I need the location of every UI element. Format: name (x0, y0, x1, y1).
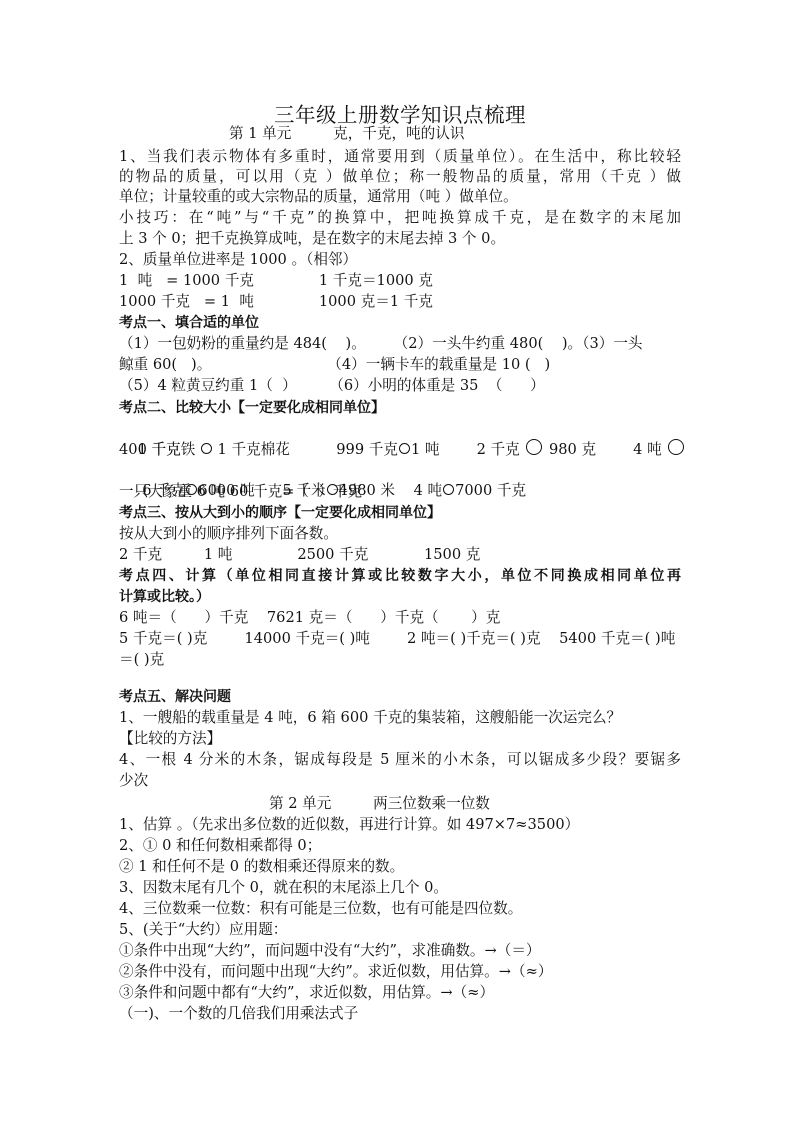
compare-circle-icon (668, 439, 684, 455)
k5-heading: 考点五、解决问题 (119, 687, 231, 707)
k1-heading: 考点一、填合适的单位 (119, 313, 259, 333)
k3-line1: 按从大到小的顺序排列下面各数。 (119, 524, 338, 544)
tip-line1: 小技巧：在“吨”与“千克”的换算中，把吨换算成千克，是在数字的末尾加 (119, 208, 681, 228)
unit2-line7: ①条件中出现“大约”，而问题中没有“大约”，求准确数。→（＝） (119, 941, 541, 961)
k4-line3: ＝( )克 (119, 650, 164, 670)
k3-heading: 考点三、按从大到小的顺序【一定要化成相同单位】 (119, 503, 441, 523)
k5-line2: 【比较的方法】 (119, 729, 221, 749)
unit2-line9: ③条件和问题中都有“大约”，求近似数，用估算。→（≈） (119, 983, 494, 1003)
k2-heading: 考点二、比较大小【一定要化成相同单位】 (119, 398, 385, 418)
unit2-line4: 3、因数末尾有几个 0，就在积的末尾添上几个 0。 (119, 878, 448, 898)
compare-circle-icon (443, 484, 454, 495)
conversion-line1: 1 吨 = 1000 千克 1 千克＝1000 克 (119, 271, 433, 291)
k2-row1-text2: 1 千克棉花 999 千克 (213, 441, 398, 458)
k3-line2: 2 千克 1 吨 2500 千克 1500 克 (119, 545, 480, 565)
compare-circle-icon (399, 443, 410, 454)
unit2-line5: 4、三位数乘一位数：积有可能是三位数，也有可能是四位数。 (119, 899, 522, 919)
k2-row1-text3: 1 吨 2 千克 (411, 441, 524, 458)
k2-row2-text4: 7000 千克 (455, 482, 526, 499)
unit2-heading: 第 2 单元 两三位数乘一位数 (269, 794, 490, 814)
k5-line3: 4、一根 4 分米的木条，锯成每段是 5 厘米的小木条，可以锯成多少段？要锯多 (119, 750, 681, 770)
k1-line1: （1）一包奶粉的重量约是 484( )。 （2）一头牛约重 480( )。（3）… (119, 334, 643, 354)
k2-row1b: 400 千克 (119, 440, 181, 460)
unit1-p1-line3: 单位；计量较重的或大宗物品的质量，通常用（吨 ）做单位。 (119, 187, 518, 207)
unit2-line8: ②条件中没有，而问题中出现“大约”。求近似数，用估算。→（≈） (119, 962, 552, 982)
k5-line1: 1、一艘船的载重量是 4 吨，6 箱 600 千克的集装箱，这艘船能一次运完么？ (119, 708, 621, 728)
k5-line4: 少次 (119, 771, 148, 791)
unit1-p1-line1: 1、当我们表示物体有多重时，通常要用到（质量单位）。在生活中，称比较轻 (119, 147, 681, 167)
unit2-line6: 5、(关于“大约）应用题： (119, 920, 287, 940)
unit2-line1: 1、估算 。（先求出多位数的近似数，再进行计算。如 497×7≈3500） (119, 815, 579, 835)
unit1-p1-line2: 的物品的质量，可以用（克 ）做单位；称一般物品的质量，常用（千克 ）做 (119, 167, 681, 187)
unit1-heading: 第 1 单元 克，千克，吨的认识 (229, 124, 464, 144)
k4-heading-line1: 考点四、计算（单位相同直接计算或比较数字大小，单位不同换成相同单位再 (119, 566, 681, 586)
k4-line1: 6 吨＝（ ）千克 7621 克＝（ ）千克（ ）克 (119, 608, 500, 628)
unit2-line10: （一)、一个数的几倍我们用乘法式子 (119, 1004, 358, 1024)
tip-line2: 上 3 个 0；把千克换算成吨，是在数字的末尾去掉 3 个 0。 (119, 229, 505, 249)
compare-circle-icon (526, 439, 542, 455)
k4-heading-line2: 计算或比较。） (119, 587, 210, 607)
unit2-line3: ② 1 和任何不是 0 的数相乘还得原来的数。 (119, 857, 404, 877)
conversion-line2: 1000 千克 = 1 吨 1000 克＝1 千克 (119, 292, 433, 312)
unit2-line2: 2、① 0 和任何数相乘都得 0； (119, 836, 321, 856)
compare-circle-icon (201, 443, 212, 454)
k4-line2: 5 千克＝( )克 14000 千克＝( )吨 2 吨＝( )千克＝( )克 5… (119, 629, 675, 649)
k2-row3: 一只大象重 6 吨 60 千克=（ ）千克 (119, 482, 362, 502)
k2-row1-text4: 980 克 4 吨 (544, 441, 666, 458)
k1-line2: 鲸重 60( )。 （4）一辆卡车的载重量是 10 ( ) (119, 355, 550, 375)
unit1-p2: 2、质量单位进率是 1000 。（相邻） (119, 250, 357, 270)
k1-line3: （5）4 粒黄豆约重 1（ ） （6）小明的体重是 35 （ ） (119, 376, 545, 396)
